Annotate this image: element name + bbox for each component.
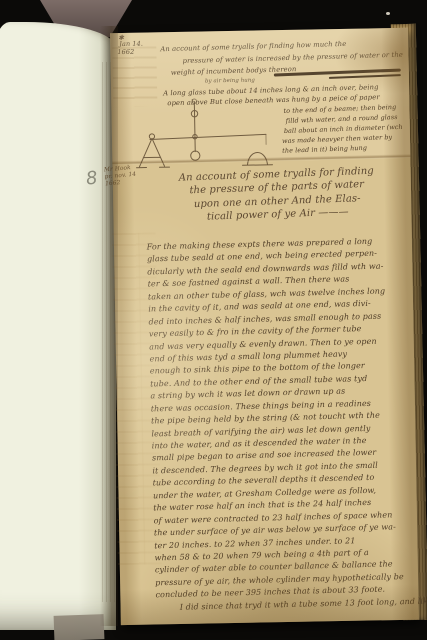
note-line: pressure of water is increased by the pr…: [182, 51, 403, 65]
gutter-shadow: [100, 26, 118, 626]
manuscript-photo: 8 ✱ Jan 14. 1662 An account of some trya…: [0, 0, 427, 640]
body-text: For the making these expts there was pre…: [147, 235, 422, 615]
strikethrough-mark: [329, 74, 401, 78]
date-note: Jan 14.: [119, 40, 143, 48]
manuscript-page: ✱ Jan 14. 1662 An account of some tryall…: [110, 28, 419, 625]
interlined-words: by air being hung: [205, 78, 255, 85]
pasted-note-slip: ✱ Jan 14. 1662 An account of some tryall…: [110, 28, 410, 163]
note-line: was made heavyer then water by: [282, 133, 392, 145]
note-line: the lead in it) being hung: [282, 144, 367, 155]
date-note: 1662: [117, 48, 134, 56]
note-line: An account of some tryalls for finding h…: [160, 40, 346, 53]
facing-page: [0, 22, 116, 630]
pencil-folio-number: 8: [85, 167, 99, 189]
book-cradle-bottom: [54, 614, 105, 640]
dust-speck: [386, 12, 390, 15]
entry-title: An account of some tryalls for finding t…: [168, 164, 386, 225]
